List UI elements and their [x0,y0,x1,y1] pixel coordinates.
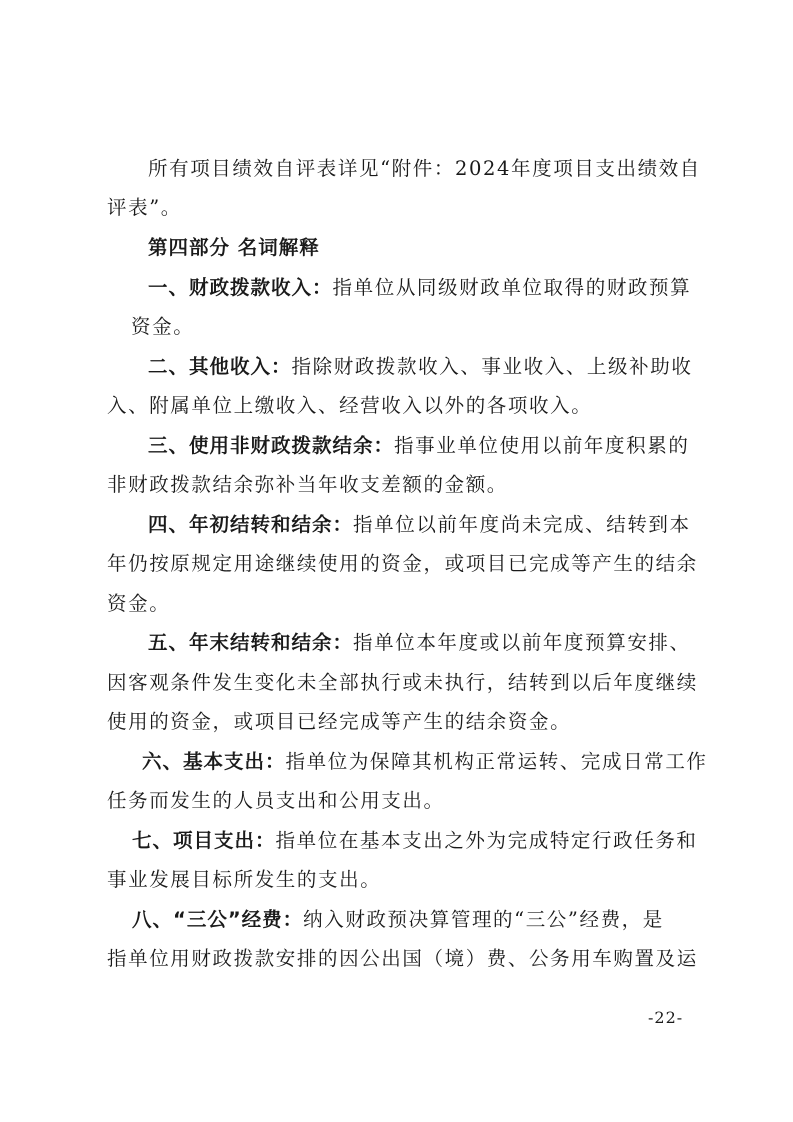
term-label: 四、年初结转和结余： [148,513,353,536]
term-8-cont: 指单位用财政拨款安排的因公出国（境）费、公务用车购置及运 [107,947,698,971]
term-6: 六、基本支出：指单位为保障其机构正常运转、完成日常工作 [142,750,708,774]
section-heading: 第四部分 名词解释 [148,236,320,260]
term-8: 八、“三公”经费：纳入财政预决算管理的“三公”经费，是 [132,908,664,932]
term-5: 五、年末结转和结余：指单位本年度或以前年度预算安排、 [148,631,691,655]
term-6-cont: 任务而发生的人员支出和公用支出。 [107,789,445,813]
term-7-cont: 事业发展目标所发生的支出。 [107,868,381,892]
term-4: 四、年初结转和结余：指单位以前年度尚未完成、结转到本 [148,513,691,537]
term-text: 纳入财政预决算管理的“三公”经费，是 [303,908,664,931]
term-label: 八、“三公”经费： [132,908,303,931]
term-label: 六、基本支出： [142,750,286,773]
term-1: 一、财政拨款收入：指单位从同级财政单位取得的财政预算 [148,276,691,300]
term-4-cont-2: 资金。 [107,592,170,616]
term-2-cont: 入、附属单位上缴收入、经营收入以外的各项收入。 [107,394,592,418]
intro-line-1: 所有项目绩效自评表详见“附件：2024年度项目支出绩效自 [148,157,701,181]
term-2: 二、其他收入：指除财政拨款收入、事业收入、上级补助收 [148,355,692,379]
term-text: 指单位从同级财政单位取得的财政预算 [333,276,692,299]
term-5-cont-1: 因客观条件发生变化未全部执行或未执行，结转到以后年度继续 [107,671,698,695]
term-label: 二、其他收入： [148,355,292,378]
intro-line-2: 评表”。 [107,196,182,220]
page-number: -22- [648,1008,683,1027]
term-4-cont-1: 年仍按原规定用途继续使用的资金，或项目已完成等产生的结余 [107,552,698,576]
term-text: 指单位为保障其机构正常运转、完成日常工作 [286,750,708,773]
term-7: 七、项目支出：指单位在基本支出之外为完成特定行政任务和 [132,829,698,853]
term-text: 指单位本年度或以前年度预算安排、 [353,631,691,654]
term-text: 指单位在基本支出之外为完成特定行政任务和 [276,829,698,852]
term-3: 三、使用非财政拨款结余：指事业单位使用以前年度积累的 [148,434,689,458]
term-label: 一、财政拨款收入： [148,276,333,299]
term-1-cont: 资金。 [131,315,194,339]
term-text: 指除财政拨款收入、事业收入、上级补助收 [292,355,693,378]
term-text: 指事业单位使用以前年度积累的 [394,434,689,457]
term-label: 五、年末结转和结余： [148,631,353,654]
term-label: 三、使用非财政拨款结余： [148,434,394,457]
term-text: 指单位以前年度尚未完成、结转到本 [353,513,691,536]
term-label: 七、项目支出： [132,829,276,852]
term-3-cont: 非财政拨款结余弥补当年收支差额的金额。 [107,473,508,497]
document-page: 所有项目绩效自评表详见“附件：2024年度项目支出绩效自 评表”。 第四部分 名… [0,0,793,1122]
term-5-cont-2: 使用的资金，或项目已经完成等产生的结余资金。 [107,710,571,734]
